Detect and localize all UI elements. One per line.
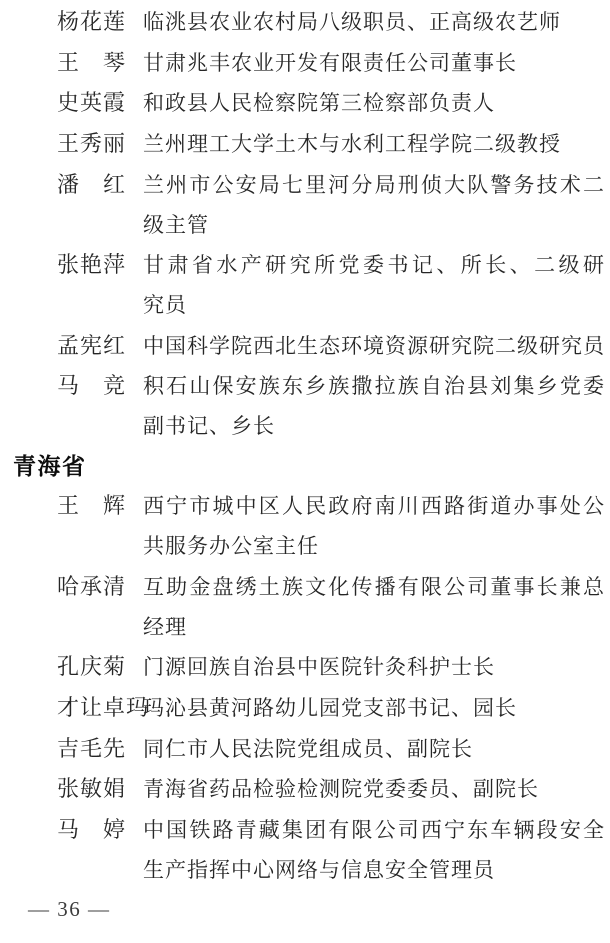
person-position: 同仁市人民法院党组成员、副院长 [143,730,609,770]
position-line: 临洮县农业农村局八级职员、正高级农艺师 [143,3,609,43]
position-line: 玛沁县黄河路幼儿园党支部书记、园长 [143,689,609,729]
person-name: 才让卓玛 [57,688,143,728]
person-position: 门源回族自治县中医院针灸科护士长 [143,648,609,688]
person-position: 兰州市公安局七里河分局刑侦大队警务技术二级主管 [143,166,609,245]
section-header: 青海省 [0,447,610,487]
person-position: 青海省药品检验检测院党委委员、副院长 [143,770,609,810]
position-line: 甘肃省水产研究所党委书记、所长、二级研 [143,246,605,286]
position-line: 和政县人民检察院第三检察部负责人 [143,84,609,124]
list-item: 王 琴甘肃兆丰农业开发有限责任公司董事长 [0,43,610,84]
person-name: 张艳萍 [57,245,143,285]
person-name: 王 琴 [57,43,143,83]
person-position: 中国科学院西北生态环境资源研究院二级研究员 [143,327,609,367]
position-line: 级主管 [143,206,609,246]
list-item: 王秀丽兰州理工大学土木与水利工程学院二级教授 [0,124,610,165]
position-line: 兰州理工大学土木与水利工程学院二级教授 [143,125,609,165]
person-position: 互助金盘绣土族文化传播有限公司董事长兼总经理 [143,568,609,647]
position-line: 副书记、乡长 [143,407,609,447]
position-line: 兰州市公安局七里河分局刑侦大队警务技术二 [143,166,605,206]
list-item: 孟宪红中国科学院西北生态环境资源研究院二级研究员 [0,326,610,367]
person-position: 临洮县农业农村局八级职员、正高级农艺师 [143,3,609,43]
list-item: 马 婷中国铁路青藏集团有限公司西宁东车辆段安全生产指挥中心网络与信息安全管理员 [0,810,610,890]
list-item: 王 辉西宁市城中区人民政府南川西路街道办事处公共服务办公室主任 [0,486,610,566]
list-item: 张敏娟青海省药品检验检测院党委委员、副院长 [0,769,610,810]
person-name: 孟宪红 [57,326,143,366]
page-number: — 36 — [0,890,610,930]
person-position: 和政县人民检察院第三检察部负责人 [143,84,609,124]
list-item: 张艳萍甘肃省水产研究所党委书记、所长、二级研究员 [0,245,610,325]
person-position: 西宁市城中区人民政府南川西路街道办事处公共服务办公室主任 [143,487,609,566]
list-item: 吉毛先同仁市人民法院党组成员、副院长 [0,729,610,770]
position-line: 同仁市人民法院党组成员、副院长 [143,730,609,770]
position-line: 经理 [143,608,609,648]
person-position: 中国铁路青藏集团有限公司西宁东车辆段安全生产指挥中心网络与信息安全管理员 [143,811,609,890]
person-name: 马 竞 [57,366,143,406]
position-line: 西宁市城中区人民政府南川西路街道办事处公 [143,487,605,527]
person-name: 张敏娟 [57,769,143,809]
position-line: 积石山保安族东乡族撒拉族自治县刘集乡党委 [143,367,605,407]
person-name: 王秀丽 [57,124,143,164]
person-name: 孔庆菊 [57,647,143,687]
person-position: 甘肃省水产研究所党委书记、所长、二级研究员 [143,246,609,325]
person-name: 杨花莲 [57,2,143,42]
person-position: 积石山保安族东乡族撒拉族自治县刘集乡党委副书记、乡长 [143,367,609,446]
person-position: 兰州理工大学土木与水利工程学院二级教授 [143,125,609,165]
person-name: 马 婷 [57,810,143,850]
person-name: 王 辉 [57,486,143,526]
honoree-list: 杨花莲临洮县农业农村局八级职员、正高级农艺师王 琴甘肃兆丰农业开发有限责任公司董… [0,2,610,890]
list-item: 史英霞和政县人民检察院第三检察部负责人 [0,83,610,124]
person-position: 甘肃兆丰农业开发有限责任公司董事长 [143,44,609,84]
list-item: 孔庆菊门源回族自治县中医院针灸科护士长 [0,647,610,688]
list-item: 潘 红兰州市公安局七里河分局刑侦大队警务技术二级主管 [0,165,610,245]
list-item: 马 竞积石山保安族东乡族撒拉族自治县刘集乡党委副书记、乡长 [0,366,610,446]
position-line: 甘肃兆丰农业开发有限责任公司董事长 [143,44,609,84]
position-line: 究员 [143,286,609,326]
person-name: 吉毛先 [57,729,143,769]
position-line: 中国科学院西北生态环境资源研究院二级研究员 [143,327,609,367]
position-line: 门源回族自治县中医院针灸科护士长 [143,648,609,688]
list-item: 杨花莲临洮县农业农村局八级职员、正高级农艺师 [0,2,610,43]
person-name: 潘 红 [57,165,143,205]
person-position: 玛沁县黄河路幼儿园党支部书记、园长 [143,689,609,729]
position-line: 共服务办公室主任 [143,527,609,567]
position-line: 互助金盘绣土族文化传播有限公司董事长兼总 [143,568,605,608]
person-name: 史英霞 [57,83,143,123]
person-name: 哈承清 [57,567,143,607]
position-line: 中国铁路青藏集团有限公司西宁东车辆段安全 [143,811,605,851]
position-line: 生产指挥中心网络与信息安全管理员 [143,851,609,891]
list-item: 哈承清互助金盘绣土族文化传播有限公司董事长兼总经理 [0,567,610,647]
list-item: 才让卓玛玛沁县黄河路幼儿园党支部书记、园长 [0,688,610,729]
document-page: 杨花莲临洮县农业农村局八级职员、正高级农艺师王 琴甘肃兆丰农业开发有限责任公司董… [0,0,610,930]
position-line: 青海省药品检验检测院党委委员、副院长 [143,770,609,810]
